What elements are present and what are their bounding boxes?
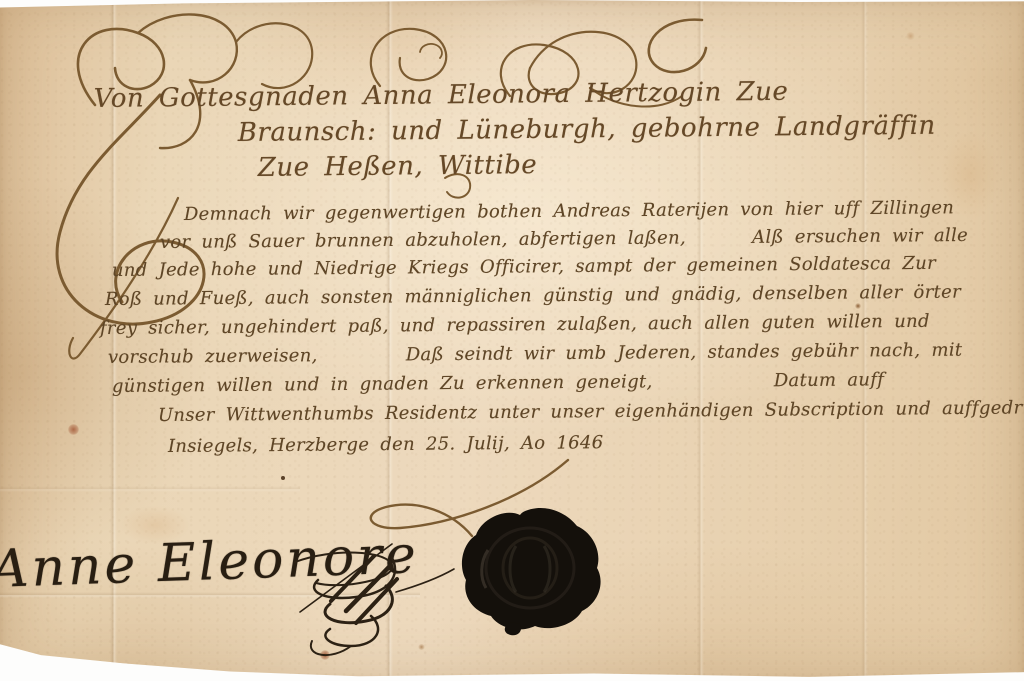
wax-seal xyxy=(450,506,610,638)
manuscript-paper: Von Gottesgnaden Anna Eleonora Hertzogin… xyxy=(0,0,1024,681)
scanned-manuscript: Von Gottesgnaden Anna Eleonora Hertzogin… xyxy=(0,0,1024,681)
